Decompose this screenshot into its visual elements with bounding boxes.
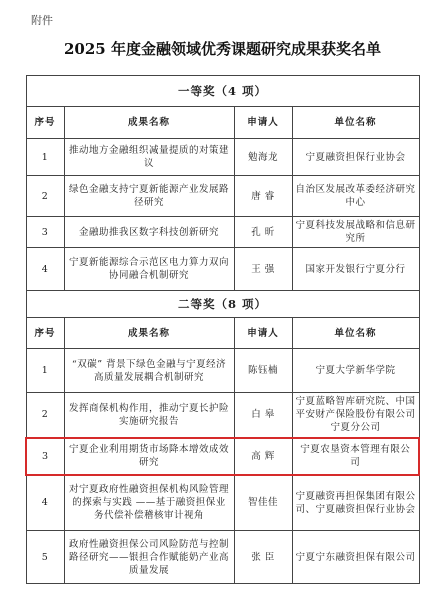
row-name: 对宁夏政府性融资担保机构风险管理的探索与实践 ——基于融资担保业务代偿补偿稽核审… [64,475,234,531]
row-applicant: 勉海龙 [234,139,292,176]
row-name: 推动地方金融组织减量提质的对策建议 [64,139,234,176]
row-name: “双碳” 背景下绿色金融与宁夏经济高质量发展耦合机制研究 [64,349,234,393]
award-table: 一等奖（4 项） 序号 成果名称 申请人 单位名称 1 推动地方金融组织减量提质… [25,75,420,584]
row-name: 绿色金融支持宁夏新能源产业发展路径研究 [64,176,234,217]
table-row-highlighted: 3 宁夏企业利用期货市场降本增效成效研究 高 辉 宁夏农垦资本管理有限公司 [26,438,419,475]
row-name: 金融助推我区数字科技创新研究 [64,217,234,248]
row-no: 3 [26,438,64,475]
col-org: 单位名称 [292,318,419,349]
row-applicant: 张 臣 [234,531,292,584]
row-org: 宁夏融资再担保集团有限公司、宁夏融资担保行业协会 [292,475,419,531]
row-org: 国家开发银行宁夏分行 [292,248,419,291]
row-applicant: 孔 昕 [234,217,292,248]
row-applicant: 王 强 [234,248,292,291]
row-no: 5 [26,531,64,584]
table-row: 3 金融助推我区数字科技创新研究 孔 昕 宁夏科技发展战略和信息研究所 [26,217,419,248]
row-no: 2 [26,393,64,438]
row-org: 宁夏大学新华学院 [292,349,419,393]
column-header-row: 序号 成果名称 申请人 单位名称 [26,107,419,139]
col-org: 单位名称 [292,107,419,139]
row-org: 宁夏科技发展战略和信息研究所 [292,217,419,248]
table-row: 4 对宁夏政府性融资担保机构风险管理的探索与实践 ——基于融资担保业务代偿补偿稽… [26,475,419,531]
row-no: 4 [26,248,64,291]
attachment-label: 附件 [31,12,53,28]
col-no: 序号 [26,318,64,349]
row-no: 1 [26,349,64,393]
column-header-row: 序号 成果名称 申请人 单位名称 [26,318,419,349]
col-applicant: 申请人 [234,107,292,139]
document-title: 2025 年度金融领域优秀课题研究成果获奖名单 [0,38,445,59]
section-heading-first: 一等奖（4 项） [26,76,419,107]
col-applicant: 申请人 [234,318,292,349]
row-name: 发挥商保机构作用，推动宁夏长护险实施研究报告 [64,393,234,438]
table-row: 5 政府性融资担保公司风险防范与控制路径研究——银担合作赋能奶产业高质量发展 张… [26,531,419,584]
row-name: 宁夏新能源综合示范区电力算力双向协同融合机制研究 [64,248,234,291]
row-applicant: 唐 睿 [234,176,292,217]
row-org: 宁夏蓝略智库研究院、中国平安财产保险股份有限公司宁夏分公司 [292,393,419,438]
table-row: 2 发挥商保机构作用，推动宁夏长护险实施研究报告 白 皋 宁夏蓝略智库研究院、中… [26,393,419,438]
row-org: 宁夏融资担保行业协会 [292,139,419,176]
row-applicant: 智佳佳 [234,475,292,531]
col-name: 成果名称 [64,318,234,349]
row-name: 政府性融资担保公司风险防范与控制路径研究——银担合作赋能奶产业高质量发展 [64,531,234,584]
row-no: 1 [26,139,64,176]
row-no: 3 [26,217,64,248]
table-row: 4 宁夏新能源综合示范区电力算力双向协同融合机制研究 王 强 国家开发银行宁夏分… [26,248,419,291]
row-org: 宁夏农垦资本管理有限公司 [292,438,419,475]
table-row: 2 绿色金融支持宁夏新能源产业发展路径研究 唐 睿 自治区发展改革委经济研究中心 [26,176,419,217]
row-applicant: 白 皋 [234,393,292,438]
col-no: 序号 [26,107,64,139]
col-name: 成果名称 [64,107,234,139]
table-row: 1 “双碳” 背景下绿色金融与宁夏经济高质量发展耦合机制研究 陈钰楠 宁夏大学新… [26,349,419,393]
row-org: 宁夏宁东融资担保有限公司 [292,531,419,584]
section-heading-second: 二等奖（8 项） [26,291,419,318]
row-applicant: 陈钰楠 [234,349,292,393]
row-org: 自治区发展改革委经济研究中心 [292,176,419,217]
row-applicant: 高 辉 [234,438,292,475]
table-row: 1 推动地方金融组织减量提质的对策建议 勉海龙 宁夏融资担保行业协会 [26,139,419,176]
row-name: 宁夏企业利用期货市场降本增效成效研究 [64,438,234,475]
row-no: 2 [26,176,64,217]
row-no: 4 [26,475,64,531]
